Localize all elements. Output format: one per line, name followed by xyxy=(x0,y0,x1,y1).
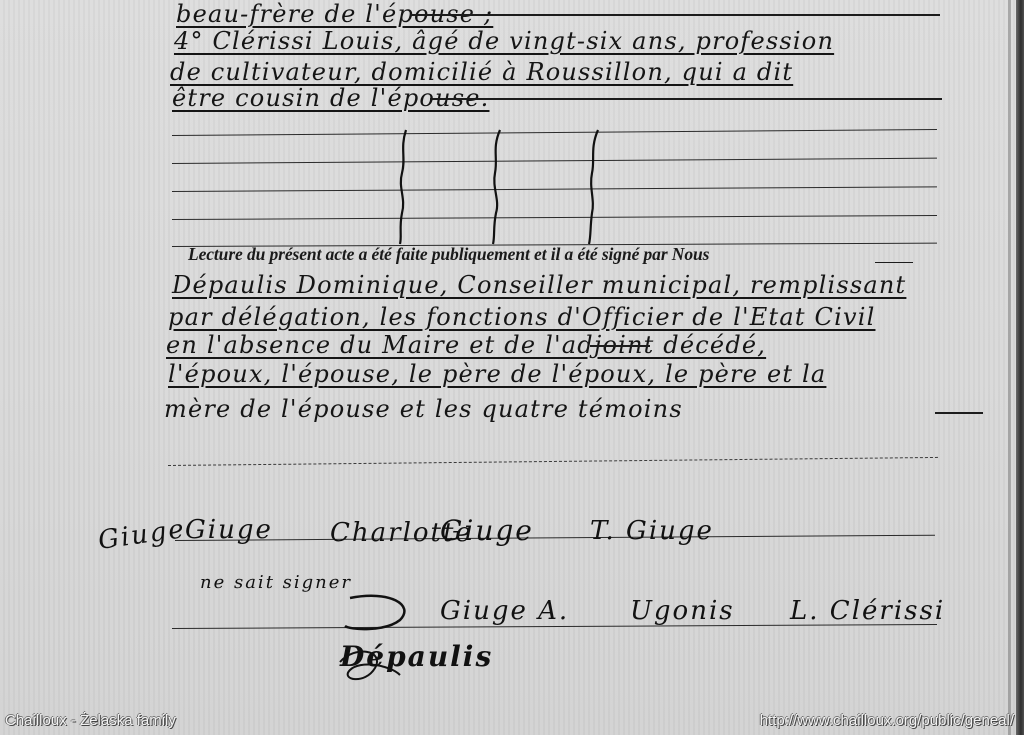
declaration-line-3: en l'absence du Maire et de l'adjoint dé… xyxy=(166,331,766,359)
page-edge xyxy=(1008,0,1011,735)
ruled-line xyxy=(168,457,938,466)
declaration-line-1: Dépaulis Dominique, Conseiller municipal… xyxy=(172,271,906,299)
printed-form-text: Lecture du présent acte a été faite publ… xyxy=(188,244,709,265)
fill-dash xyxy=(935,412,983,414)
ruled-line xyxy=(172,215,937,220)
declaration-line-5: mère de l'épouse et les quatre témoins xyxy=(164,395,683,423)
watermark-left: Chailloux - Żelaska family xyxy=(5,712,176,729)
cross-out-stroke xyxy=(488,128,504,246)
signature: Giuge A. xyxy=(440,596,569,626)
ruled-line xyxy=(172,129,937,136)
document-scan: beau-frère de l'épouse ; 4° Clérissi Lou… xyxy=(0,0,1024,735)
signature: Giuge xyxy=(185,515,273,545)
ruled-line xyxy=(172,158,937,164)
watermark-right: http://www.chailloux.org/public/geneal/ xyxy=(760,712,1014,729)
fill-dash xyxy=(410,14,940,16)
signature: Ugonis xyxy=(630,596,735,626)
fill-dash xyxy=(590,345,650,347)
declaration-line-4: l'époux, l'épouse, le père de l'époux, l… xyxy=(168,360,826,388)
fill-dash xyxy=(430,98,942,100)
signature: Giuge xyxy=(440,514,534,547)
declaration-line-2: par délégation, les fonctions d'Officier… xyxy=(168,303,875,331)
ruled-line xyxy=(172,186,937,192)
signature: L. Clérissi xyxy=(790,596,945,626)
signature: Giuge xyxy=(96,514,187,556)
cross-out-stroke xyxy=(585,128,601,246)
signature-flourish xyxy=(330,640,410,690)
signature-flourish xyxy=(330,590,420,635)
fill-dash xyxy=(875,262,913,263)
handwritten-line-3: de cultivateur, domicilié à Roussillon, … xyxy=(170,58,793,86)
book-spine xyxy=(1016,0,1024,735)
signature: T. Giuge xyxy=(590,516,714,546)
cross-out-stroke xyxy=(396,128,412,246)
handwritten-line-2: 4° Clérissi Louis, âgé de vingt-six ans,… xyxy=(174,27,834,55)
signature-line xyxy=(175,535,935,541)
